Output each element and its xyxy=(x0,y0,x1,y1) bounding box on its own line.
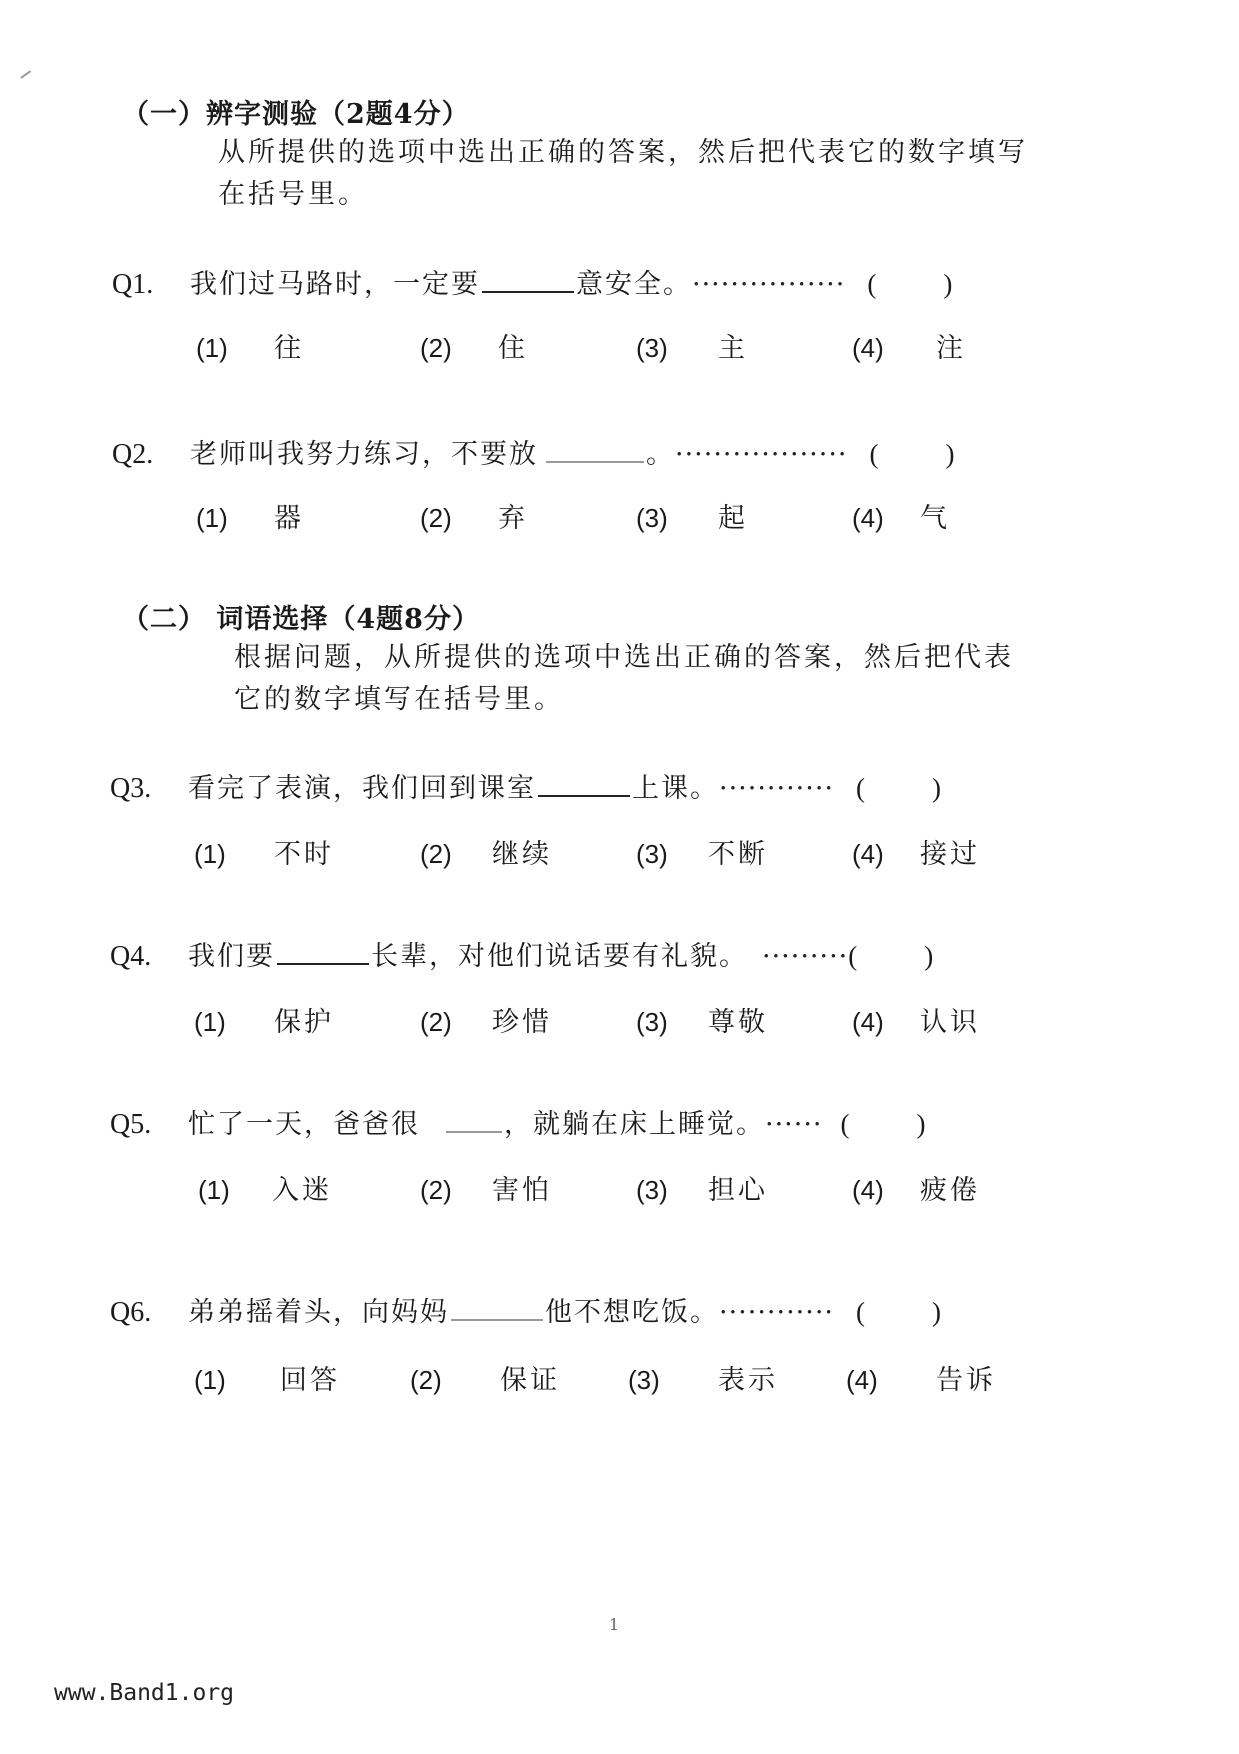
q1-option-3[interactable]: (3)主 xyxy=(636,326,748,365)
question-text-after: 上课。 xyxy=(632,766,719,805)
question-3: Q3. 看完了表演，我们回到课室 上课。 ············ ( ) xyxy=(110,766,949,805)
option-text: 往 xyxy=(274,333,304,364)
question-text-after: 他不想吃饭。 xyxy=(545,1290,719,1329)
option-text: 器 xyxy=(274,503,304,534)
q3-option-1[interactable]: (1)不时 xyxy=(194,832,334,871)
option-number: (2) xyxy=(410,1365,500,1396)
option-text: 告诉 xyxy=(936,1365,996,1396)
q4-option-3[interactable]: (3)尊敬 xyxy=(636,1000,768,1039)
option-number: (3) xyxy=(636,1175,708,1206)
answer-bracket[interactable]: ( ) xyxy=(841,1109,934,1140)
q2-option-4[interactable]: (4)气 xyxy=(852,496,950,535)
q6-option-2[interactable]: (2)保证 xyxy=(410,1358,560,1397)
option-text: 保证 xyxy=(500,1365,560,1396)
q5-option-1[interactable]: (1)入迷 xyxy=(198,1168,332,1207)
option-number: (3) xyxy=(636,839,708,870)
option-number: (4) xyxy=(852,1175,920,1206)
option-number: (3) xyxy=(628,1365,718,1396)
option-text: 保护 xyxy=(274,1007,334,1038)
q1-option-2[interactable]: (2)住 xyxy=(420,326,528,365)
q3-option-4[interactable]: (4)接过 xyxy=(852,832,980,871)
q1-option-4[interactable]: (4)注 xyxy=(852,326,966,365)
leader-dots: ············ xyxy=(719,1297,834,1328)
answer-bracket[interactable]: ( ) xyxy=(867,269,960,300)
q2-option-2[interactable]: (2)弃 xyxy=(420,496,528,535)
option-text: 认识 xyxy=(920,1007,980,1038)
question-text-before: 看完了表演，我们回到课室 xyxy=(188,766,536,805)
q5-option-2[interactable]: (2)害怕 xyxy=(420,1168,552,1207)
question-number: Q3. xyxy=(110,773,188,805)
q1-option-1[interactable]: (1)往 xyxy=(196,326,304,365)
option-text: 表示 xyxy=(718,1365,778,1396)
answer-blank xyxy=(451,1297,543,1321)
section-2-heading: （二） 词语选择（4题8分） xyxy=(122,597,480,636)
option-number: (1) xyxy=(194,1007,274,1038)
answer-blank xyxy=(277,941,369,965)
q5-option-3[interactable]: (3)担心 xyxy=(636,1168,768,1207)
section-1-heading: （一）辨字测验（2题4分） xyxy=(122,92,470,131)
question-text-before: 我们要 xyxy=(188,934,275,973)
option-number: (1) xyxy=(196,333,274,364)
q3-option-2[interactable]: (2)继续 xyxy=(420,832,552,871)
question-number: Q2. xyxy=(112,439,190,471)
q3-option-3[interactable]: (3)不断 xyxy=(636,832,768,871)
question-number: Q1. xyxy=(112,269,190,301)
option-number: (2) xyxy=(420,839,492,870)
option-text: 继续 xyxy=(492,839,552,870)
scan-mark xyxy=(17,65,31,78)
page-number: 1 xyxy=(609,1615,619,1634)
question-text-after: ，就躺在床上睡觉。 xyxy=(504,1102,765,1141)
answer-blank xyxy=(538,773,630,797)
option-text: 起 xyxy=(718,503,748,534)
option-text: 珍惜 xyxy=(492,1007,552,1038)
option-text: 气 xyxy=(920,503,950,534)
question-1: Q1. 我们过马路时，一定要 意安全。 ················ ( ) xyxy=(112,262,960,301)
question-text-after: 长辈，对他们说话要有礼貌。 xyxy=(371,934,748,973)
option-number: (4) xyxy=(852,503,920,534)
q4-option-4[interactable]: (4)认识 xyxy=(852,1000,980,1039)
question-number: Q5. xyxy=(110,1109,188,1141)
option-number: (1) xyxy=(196,503,274,534)
answer-bracket[interactable]: ( ) xyxy=(856,1297,949,1328)
option-number: (4) xyxy=(852,333,936,364)
question-text-before: 老师叫我努力练习，不要放 xyxy=(190,432,538,471)
answer-bracket[interactable]: ( ) xyxy=(848,941,941,972)
q4-option-2[interactable]: (2)珍惜 xyxy=(420,1000,552,1039)
leader-dots: ········· xyxy=(762,941,848,972)
option-text: 入迷 xyxy=(272,1175,332,1206)
option-number: (3) xyxy=(636,333,718,364)
answer-bracket[interactable]: ( ) xyxy=(870,439,963,470)
option-text: 注 xyxy=(936,333,966,364)
option-number: (4) xyxy=(846,1365,936,1396)
option-text: 疲倦 xyxy=(920,1175,980,1206)
option-number: (2) xyxy=(420,1007,492,1038)
q6-option-3[interactable]: (3)表示 xyxy=(628,1358,778,1397)
q4-option-1[interactable]: (1)保护 xyxy=(194,1000,334,1039)
leader-dots: ·················· xyxy=(675,439,848,470)
option-number: (2) xyxy=(420,1175,492,1206)
option-number: (2) xyxy=(420,333,498,364)
option-number: (1) xyxy=(194,839,274,870)
option-text: 担心 xyxy=(708,1175,768,1206)
answer-blank xyxy=(446,1109,502,1133)
option-text: 害怕 xyxy=(492,1175,552,1206)
option-number: (3) xyxy=(636,503,718,534)
answer-bracket[interactable]: ( ) xyxy=(856,773,949,804)
question-text-before: 弟弟摇着头，向妈妈 xyxy=(188,1290,449,1329)
question-number: Q6. xyxy=(110,1297,188,1329)
q2-option-3[interactable]: (3)起 xyxy=(636,496,748,535)
option-number: (3) xyxy=(636,1007,708,1038)
leader-dots: ············ xyxy=(719,773,834,804)
option-text: 弃 xyxy=(498,503,528,534)
option-text: 不断 xyxy=(708,839,768,870)
option-text: 接过 xyxy=(920,839,980,870)
option-text: 回答 xyxy=(280,1365,340,1396)
question-6: Q6. 弟弟摇着头，向妈妈 他不想吃饭。 ············ ( ) xyxy=(110,1290,949,1329)
question-text-before: 我们过马路时，一定要 xyxy=(190,262,480,301)
option-text: 主 xyxy=(718,333,748,364)
q5-option-4[interactable]: (4)疲倦 xyxy=(852,1168,980,1207)
section-1-instruction-line-1: 从所提供的选项中选出正确的答案，然后把代表它的数字填写 xyxy=(218,132,1028,174)
option-number: (1) xyxy=(194,1365,280,1396)
question-text-after: 。 xyxy=(646,432,675,471)
option-number: (2) xyxy=(420,503,498,534)
question-number: Q4. xyxy=(110,941,188,973)
section-2-instruction-line-2: 它的数字填写在括号里。 xyxy=(234,679,564,721)
section-1-instruction-line-2: 在括号里。 xyxy=(218,174,368,216)
watermark-url[interactable]: www.Band1.org xyxy=(54,1680,234,1706)
option-text: 尊敬 xyxy=(708,1007,768,1038)
question-2: Q2. 老师叫我努力练习，不要放 。 ·················· ( … xyxy=(112,432,962,471)
q2-option-1[interactable]: (1)器 xyxy=(196,496,304,535)
option-text: 不时 xyxy=(274,839,334,870)
question-4: Q4. 我们要 长辈，对他们说话要有礼貌。 ········· ( ) xyxy=(110,934,941,973)
q6-option-1[interactable]: (1)回答 xyxy=(194,1358,340,1397)
option-text: 住 xyxy=(498,333,528,364)
leader-dots: ················ xyxy=(692,269,845,300)
answer-blank xyxy=(482,269,574,293)
leader-dots: ······ xyxy=(765,1109,823,1140)
question-text-after: 意安全。 xyxy=(576,262,692,301)
section-2-instruction-line-1: 根据问题，从所提供的选项中选出正确的答案，然后把代表 xyxy=(234,637,1014,679)
q6-option-4[interactable]: (4)告诉 xyxy=(846,1358,996,1397)
question-text-before: 忙了一天，爸爸很 xyxy=(188,1102,420,1141)
question-5: Q5. 忙了一天，爸爸很 ，就躺在床上睡觉。 ······ ( ) xyxy=(110,1102,933,1141)
answer-blank xyxy=(546,439,644,463)
option-number: (1) xyxy=(198,1175,272,1206)
option-number: (4) xyxy=(852,1007,920,1038)
option-number: (4) xyxy=(852,839,920,870)
